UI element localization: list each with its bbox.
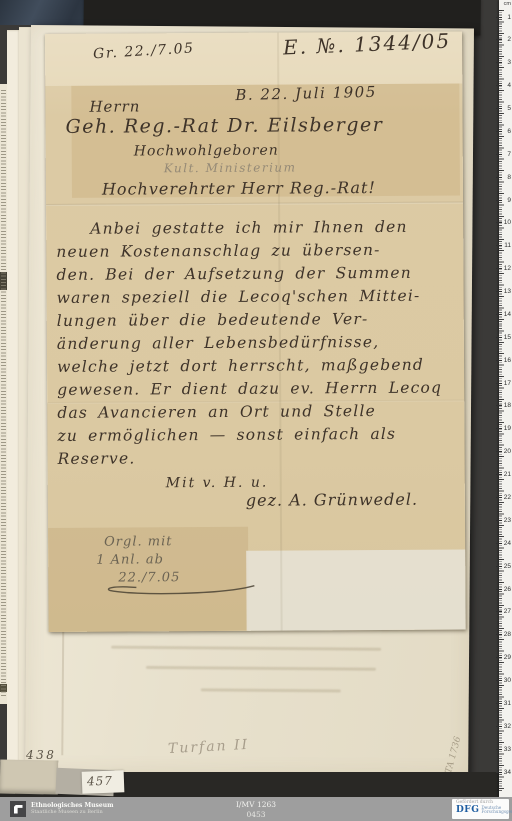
shelfmark: I/MV 1263 — [0, 800, 512, 810]
album-cover-fabric — [0, 0, 95, 25]
ruler-number: 10 — [504, 219, 511, 226]
underline-flourish — [102, 581, 262, 598]
ruler-halfcm-ticks — [499, 10, 504, 792]
ruler-number: 11 — [504, 242, 511, 249]
ruler-number: 33 — [504, 746, 511, 753]
registry-note-line: Orgl. mit — [104, 533, 180, 551]
address-pencil-note: Kult. Ministerium — [164, 160, 297, 175]
address-line: Herrn — [89, 97, 140, 115]
ruler-number: 5 — [507, 105, 511, 112]
body-line: lungen über die bedeutende Ver- — [57, 307, 459, 332]
ruler-number: 19 — [504, 425, 511, 432]
body-line: das Avancieren an Ort und Stelle — [57, 399, 459, 424]
ruler-number: 4 — [507, 82, 511, 89]
address-line: Geh. Reg.-Rat Dr. Eilsberger — [66, 114, 384, 138]
salutation: Hochverehrter Herr Reg.-Rat! — [102, 178, 376, 199]
ruler-number: 18 — [504, 402, 511, 409]
ruler-number: 8 — [507, 174, 511, 181]
ruler-number: 26 — [504, 586, 511, 593]
ruler-number: 3 — [507, 59, 511, 66]
dfg-abbr: DFG — [456, 806, 479, 815]
ruler-number: 7 — [507, 151, 511, 158]
ruler-number: 30 — [504, 677, 511, 684]
ruler: cm 1234567891011121314151617181920212223… — [499, 0, 512, 797]
ruler-number: 22 — [504, 494, 511, 501]
body-line: änderung aller Lebensbedürfnisse, — [57, 330, 459, 355]
body-line: Anbei gestatte ich mir Ihnen den — [56, 215, 458, 240]
registry-note: Orgl. mit 1 Anl. ab 22./7.05 — [104, 533, 180, 587]
ruler-number: 29 — [504, 654, 511, 661]
ruler-number: 23 — [504, 517, 511, 524]
paper-scrap — [0, 759, 58, 794]
ink-show-through — [146, 666, 376, 671]
dfg-logo-row: DFG Deutsche Forschungsgemeinschaft — [456, 806, 509, 815]
body-line: neuen Kostenanschlag zu übersen- — [56, 238, 458, 263]
signature: gez. A. Grünwedel. — [246, 490, 418, 510]
dfg-full-name: Deutsche Forschungsgemeinschaft — [481, 806, 512, 815]
letter-body: Anbei gestatte ich mir Ihnen den neuen K… — [56, 215, 460, 470]
ruler-unit-label: cm — [504, 1, 511, 7]
ruler-number: 12 — [504, 265, 511, 272]
dfg-logo: Gefördert durch DFG Deutsche Forschungsg… — [452, 799, 509, 819]
ruler-number: 14 — [504, 311, 511, 318]
closing-formula: Mit v. H. u. — [166, 475, 269, 492]
scan-page-number: 0453 — [0, 810, 512, 820]
registry-note-line: 1 Anl. ab — [96, 551, 180, 570]
scan-reference: I/MV 1263 0453 — [0, 800, 512, 820]
ruler-number: 15 — [504, 334, 511, 341]
ruler-number: 21 — [504, 471, 511, 478]
ruler-number: 9 — [507, 197, 511, 204]
scanned-album-page: Gr. 22./7.05 E. №. 1344/05 B. 22. Juli 1… — [0, 0, 512, 821]
dfg-name-line: Forschungsgemeinschaft — [481, 810, 512, 815]
ruler-number: 20 — [504, 448, 511, 455]
body-line: gewesen. Er dient dazu ev. Herrn Lecoq — [57, 376, 459, 401]
fold-crease — [46, 201, 463, 206]
letter-sheet: Gr. 22./7.05 E. №. 1344/05 B. 22. Juli 1… — [45, 31, 466, 632]
dateline: B. 22. Juli 1905 — [235, 83, 377, 104]
ink-show-through — [201, 688, 341, 692]
ruler-number: 24 — [504, 540, 511, 547]
ruler-number: 17 — [504, 380, 511, 387]
body-line: den. Bei der Aufsetzung der Summen — [56, 261, 458, 286]
body-line: zu ermöglichen — sonst einfach als — [57, 422, 459, 447]
ruler-number: 2 — [507, 36, 511, 43]
address-line: Hochwohlgeboren — [134, 143, 279, 160]
ruler-number: 34 — [504, 769, 511, 776]
ink-show-through — [111, 646, 381, 651]
ruler-number: 25 — [504, 563, 511, 570]
ruler-number: 6 — [507, 128, 511, 135]
label-number: 457 — [87, 774, 113, 789]
body-line: welche jetzt dort herrscht, maßgebend — [57, 353, 459, 378]
page-number-label: 457 — [82, 770, 125, 793]
ruler-number: 28 — [504, 631, 511, 638]
body-line: Reserve. — [58, 445, 460, 470]
ruler-number: 16 — [504, 357, 511, 364]
paper-patch — [246, 549, 465, 630]
body-line: waren speziell die Lecoq'schen Mittei- — [57, 284, 459, 309]
ruler-number: 27 — [504, 608, 511, 615]
ruler-number: 31 — [504, 700, 511, 707]
ruler-number: 32 — [504, 723, 511, 730]
ruler-number: 1 — [507, 14, 511, 21]
ruler-number: 13 — [504, 288, 511, 295]
